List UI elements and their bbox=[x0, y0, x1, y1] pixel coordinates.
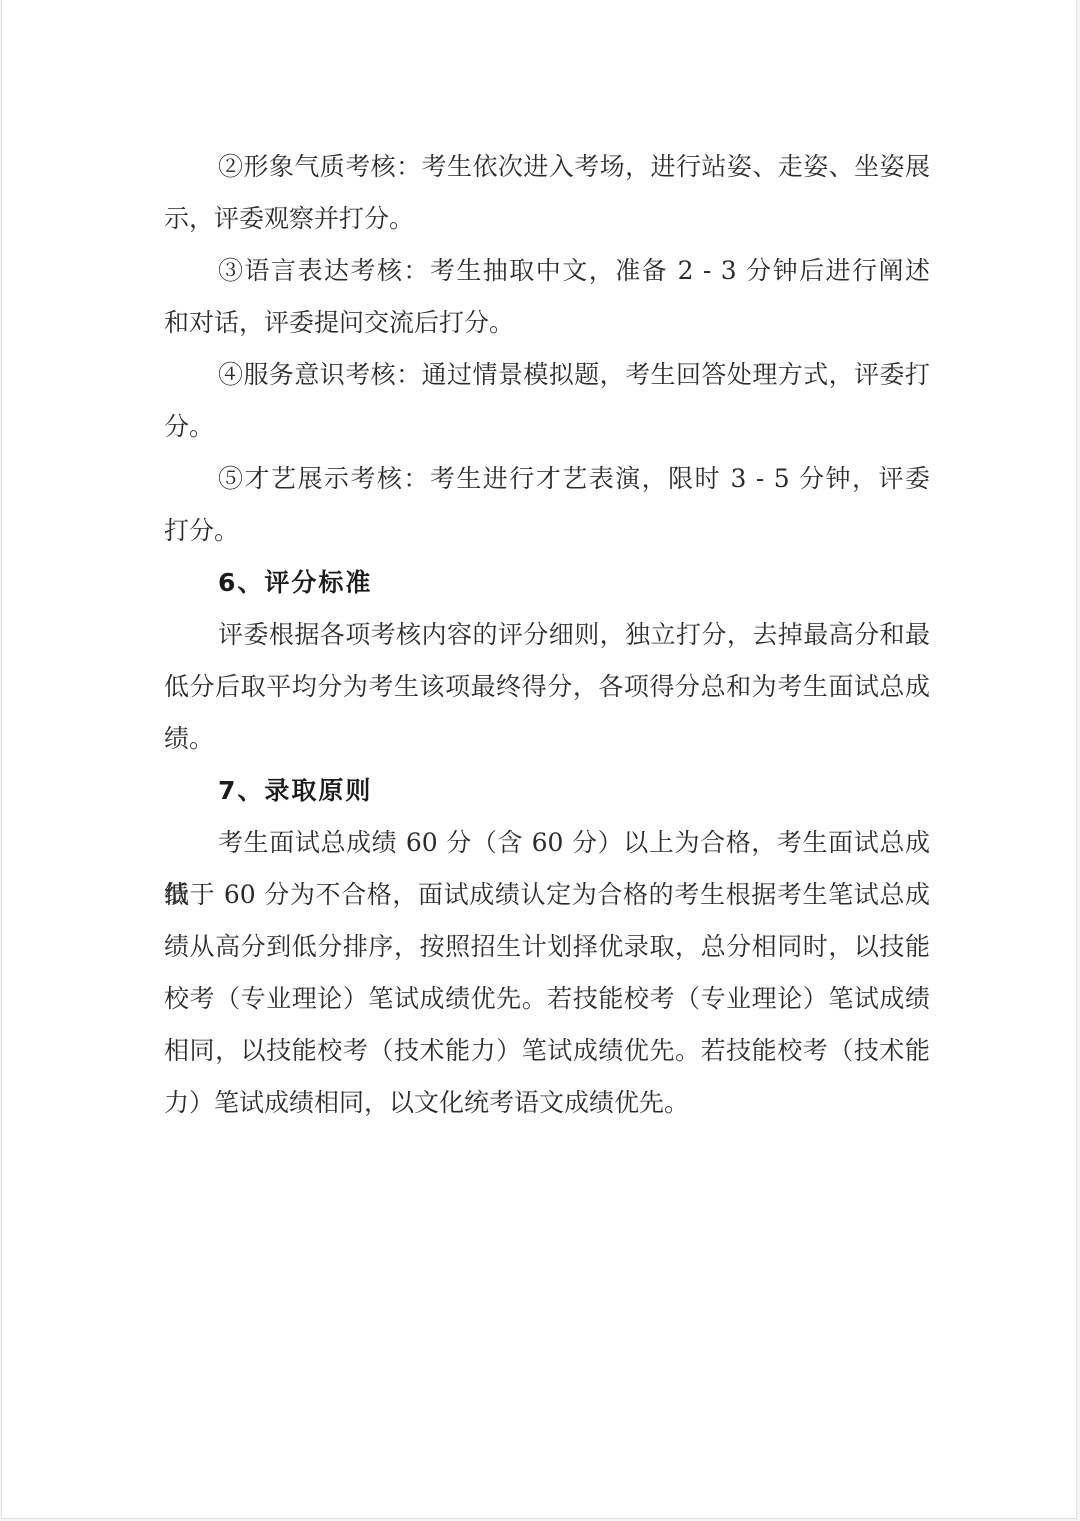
paragraph-line: 考生面试总成绩 60 分（含 60 分）以上为合格，考生面试总成绩 bbox=[164, 817, 930, 869]
paragraph-line: ④服务意识考核：通过情景模拟题，考生回答处理方式，评委打 bbox=[164, 349, 930, 401]
paragraph-line: 低分后取平均分为考生该项最终得分，各项得分总和为考生面试总成 bbox=[164, 661, 930, 713]
paragraph-line: 打分。 bbox=[164, 505, 930, 557]
document-viewport: ②形象气质考核：考生依次进入考场，进行站姿、走姿、坐姿展 示，评委观察并打分。 … bbox=[0, 0, 1080, 1521]
paragraph-line: 低于 60 分为不合格，面试成绩认定为合格的考生根据考生笔试总成 bbox=[164, 869, 930, 921]
paragraph-line: 绩从高分到低分排序，按照招生计划择优录取，总分相同时，以技能 bbox=[164, 921, 930, 973]
paragraph-line: 和对话，评委提问交流后打分。 bbox=[164, 297, 930, 349]
paragraph-line: ③语言表达考核：考生抽取中文，准备 2 - 3 分钟后进行阐述 bbox=[164, 245, 930, 297]
paragraph-line: 校考（专业理论）笔试成绩优先。若技能校考（专业理论）笔试成绩 bbox=[164, 973, 930, 1025]
section-heading-scoring-standard: 6、评分标准 bbox=[164, 557, 930, 609]
document-page: ②形象气质考核：考生依次进入考场，进行站姿、走姿、坐姿展 示，评委观察并打分。 … bbox=[1, 0, 1077, 1519]
paragraph-line: 评委根据各项考核内容的评分细则，独立打分，去掉最高分和最 bbox=[164, 609, 930, 661]
section-heading-admission-principle: 7、录取原则 bbox=[164, 765, 930, 817]
paragraph-line: ⑤才艺展示考核：考生进行才艺表演，限时 3 - 5 分钟，评委 bbox=[164, 453, 930, 505]
paragraph-line: 示，评委观察并打分。 bbox=[164, 193, 930, 245]
paragraph-line: 分。 bbox=[164, 401, 930, 453]
page-content: ②形象气质考核：考生依次进入考场，进行站姿、走姿、坐姿展 示，评委观察并打分。 … bbox=[164, 141, 930, 1129]
paragraph-line: ②形象气质考核：考生依次进入考场，进行站姿、走姿、坐姿展 bbox=[164, 141, 930, 193]
paragraph-line: 相同，以技能校考（技术能力）笔试成绩优先。若技能校考（技术能 bbox=[164, 1025, 930, 1077]
paragraph-line: 绩。 bbox=[164, 713, 930, 765]
paragraph-line: 力）笔试成绩相同，以文化统考语文成绩优先。 bbox=[164, 1077, 930, 1129]
